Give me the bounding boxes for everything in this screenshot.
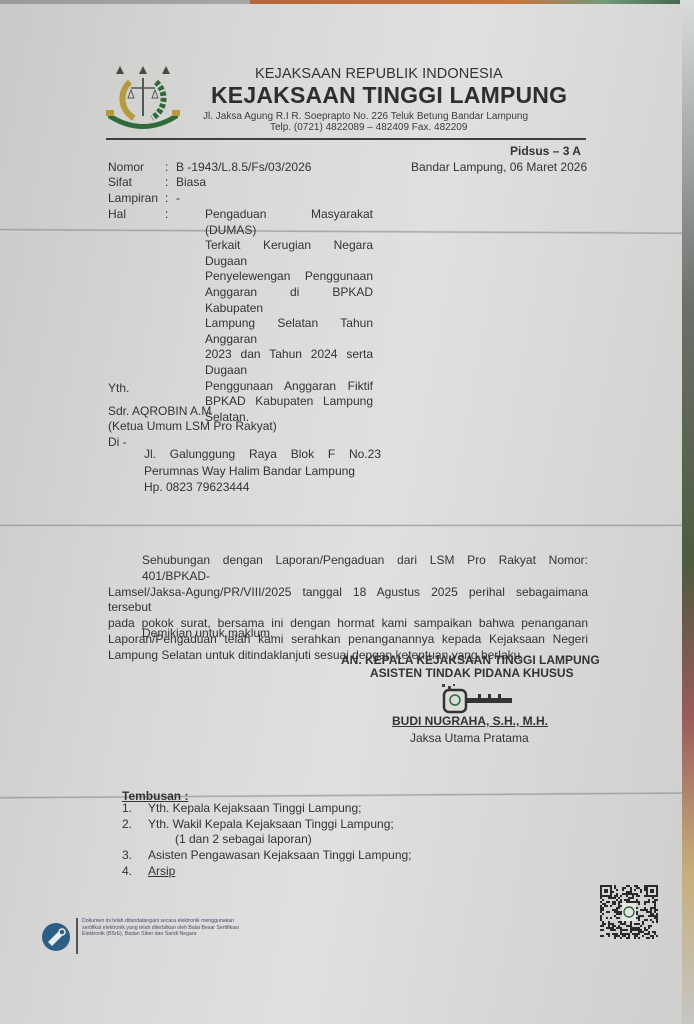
bsre-statement: Dokumen ini telah ditandatangani secara … (82, 918, 242, 938)
hal-line: Penggunaan Anggaran Fiktif (205, 379, 373, 395)
recipient-address-line: Perumnas Way Halim Bandar Lampung (144, 464, 355, 478)
institution-address: Jl. Jaksa Agung R.I R. Soeprapto No. 226… (203, 111, 528, 122)
hal-line: BPKAD Kabupaten Lampung (205, 394, 373, 410)
institution-phone: Telp. (0721) 4822089 – 482409 Fax. 48220… (270, 122, 467, 133)
sifat-value: Biasa (176, 175, 206, 189)
colon: : (165, 175, 168, 189)
institution-name: KEJAKSAAN TINGGI LAMPUNG (211, 82, 567, 109)
hal-subject: Pengaduan Masyarakat (DUMAS) Terkait Ker… (205, 207, 373, 425)
electronic-signature-key-icon (438, 684, 518, 714)
nomor-value: B -1943/L.8.5/Fs/03/2026 (176, 160, 311, 174)
tembusan-note: (1 dan 2 sebagai laporan) (175, 832, 312, 846)
sifat-label: Sifat (108, 175, 132, 189)
colon: : (165, 207, 168, 221)
hal-line: Penyelewengan Penggunaan (205, 269, 373, 285)
bsre-logo-icon (40, 922, 72, 952)
body-line: Sehubungan dengan Laporan/Pengaduan dari… (108, 553, 588, 585)
colon: : (165, 191, 168, 205)
hal-line: Terkait Kerugian Negara Dugaan (205, 238, 373, 269)
kejaksaan-emblem-icon (104, 60, 182, 132)
signature-position: ASISTEN TINDAK PIDANA KHUSUS (370, 666, 574, 680)
footer-divider (76, 918, 78, 954)
signatory-rank: Jaksa Utama Pratama (410, 731, 529, 745)
recipient-di: Di - (108, 435, 127, 449)
letterhead-divider (106, 138, 586, 140)
paper-fold (0, 524, 682, 527)
qr-code-icon[interactable] (600, 885, 658, 939)
hal-line: Anggaran di BPKAD Kabupaten (205, 285, 373, 316)
recipient-phone: Hp. 0823 79623444 (144, 480, 249, 494)
closing-sentence: Demikian untuk maklum. (142, 626, 273, 640)
nomor-label: Nomor (108, 160, 144, 174)
hal-label: Hal (108, 207, 126, 221)
paper-fold (0, 792, 682, 800)
lampiran-label: Lampiran (108, 191, 158, 205)
hal-line: 2023 dan Tahun 2024 serta Dugaan (205, 347, 373, 378)
hal-line: Pengaduan Masyarakat (DUMAS) (205, 207, 373, 238)
recipient-position: (Ketua Umum LSM Pro Rakyat) (108, 419, 277, 433)
letter-paper: KEJAKSAAN REPUBLIK INDONESIA KEJAKSAAN T… (0, 4, 682, 1024)
signatory-name: BUDI NUGRAHA, S.H., M.H. (392, 714, 548, 728)
salutation: Yth. (108, 381, 129, 395)
place-date: Bandar Lampung, 06 Maret 2026 (411, 160, 587, 174)
body-paragraph: Sehubungan dengan Laporan/Pengaduan dari… (108, 553, 588, 664)
hal-line: Lampung Selatan Tahun Anggaran (205, 316, 373, 347)
colon: : (165, 160, 168, 174)
signature-on-behalf: AN. KEPALA KEJAKSAAN TINGGI LAMPUNG (341, 653, 600, 667)
background-right (680, 0, 694, 1024)
recipient-name: Sdr. AQROBIN A.M (108, 404, 211, 418)
recipient-address-line: Jl. Galunggung Raya Blok F No.23 (144, 447, 381, 461)
form-code: Pidsus – 3 A (510, 144, 581, 158)
lampiran-value: - (176, 191, 180, 205)
body-line: Lamsel/Jaksa-Agung/PR/VIII/2025 tanggal … (108, 585, 588, 617)
institution-top: KEJAKSAAN REPUBLIK INDONESIA (255, 66, 503, 82)
